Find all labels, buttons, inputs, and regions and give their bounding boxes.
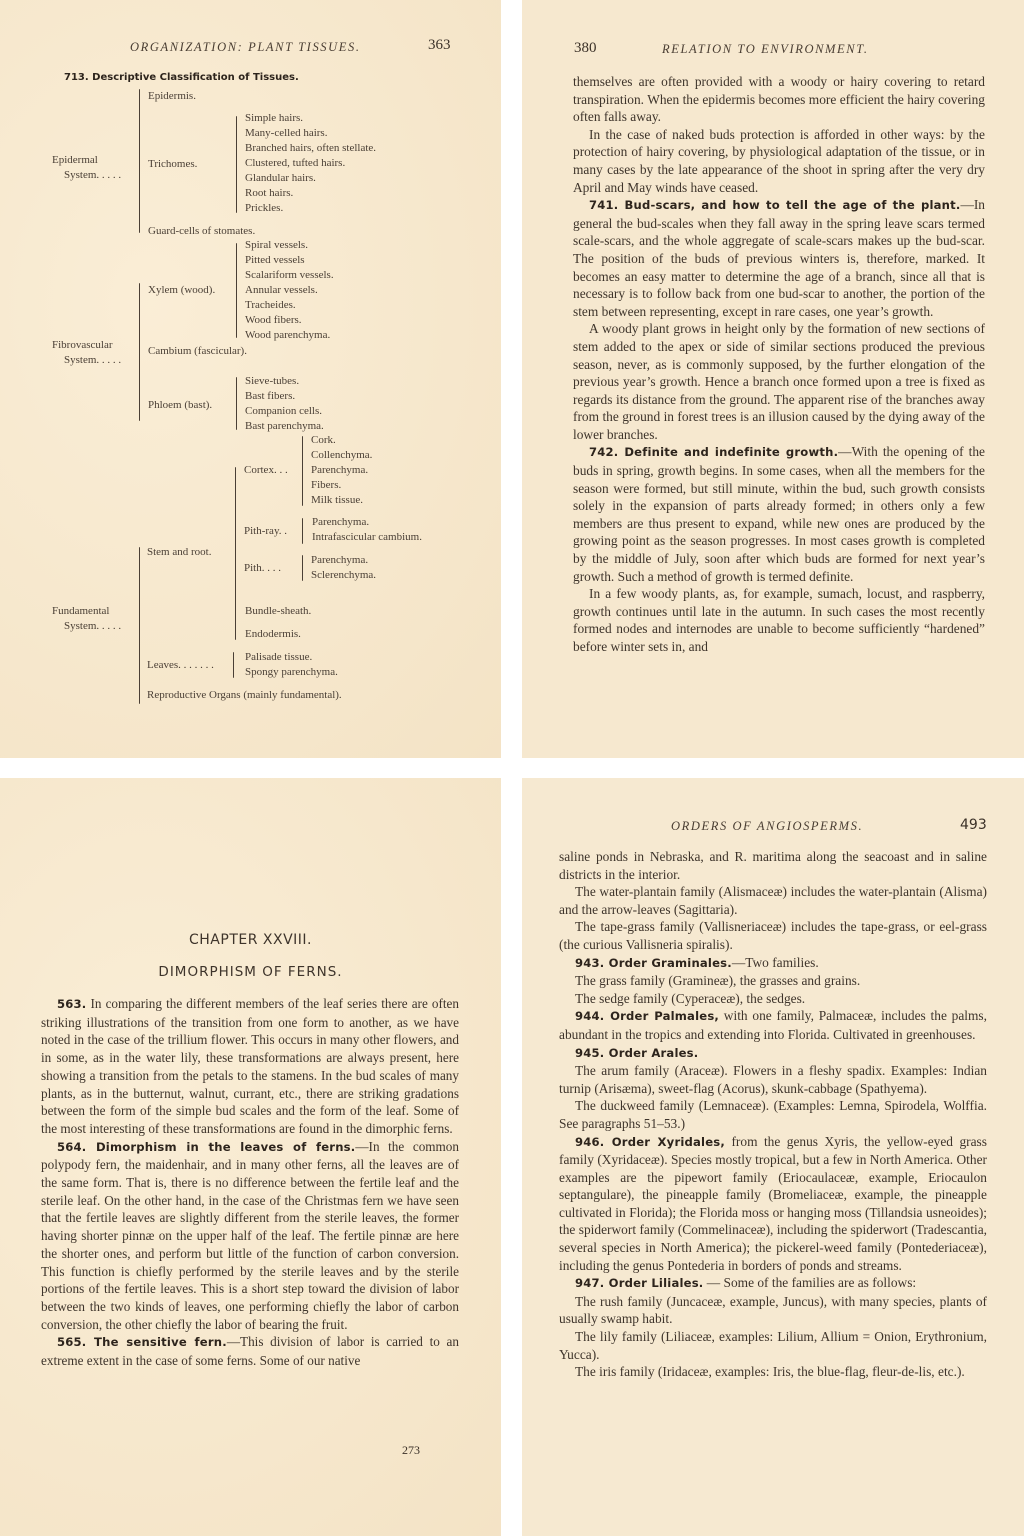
pith-brace (302, 555, 303, 581)
section-heading: 947. Order Liliales. (575, 1276, 703, 1290)
page-number: 493 (960, 817, 987, 833)
leaves-label: Leaves. . . . . . . (147, 658, 214, 673)
running-head: ORGANIZATION: PLANT TISSUES. (130, 40, 361, 55)
chapter-title: DIMORPHISM OF FERNS. (0, 964, 501, 980)
phloem-list: Sieve-tubes. Bast fibers. Companion cell… (245, 374, 324, 434)
trichomes-label: Trichomes. (148, 157, 197, 172)
cortex-list: Cork. Collenchyma. Parenchyma. Fibers. M… (311, 433, 372, 508)
page-body: themselves are often provided with a woo… (573, 73, 985, 656)
section-742: 742. Definite and indefinite growth.—Wit… (573, 443, 985, 585)
endodermis-item: Endodermis. (245, 627, 301, 642)
guard-cells-item: Guard-cells of stomates. (148, 224, 255, 239)
paragraph: The lily family (Liliaceæ, examples: Lil… (559, 1328, 987, 1363)
paragraph: The duckweed family (Lemnaceæ). (Example… (559, 1097, 987, 1132)
section-945: 945. Order Arales. (559, 1044, 987, 1063)
pith-list: Parenchyma. Sclerenchyma. (311, 553, 376, 583)
fundamental-label-2: System. . . . . (64, 619, 121, 634)
section-heading: 565. The sensitive fern. (57, 1335, 227, 1349)
section-heading: 945. Order Arales. (575, 1046, 698, 1060)
section-943: 943. Order Graminales.—Two families. (559, 954, 987, 973)
paragraph: The tape-grass family (Vallisneriaceæ) i… (559, 918, 987, 953)
bundle-sheath-item: Bundle-sheath. (245, 604, 311, 619)
pith-ray-list: Parenchyma. Intrafascicular cambium. (312, 515, 422, 545)
stem-root-label: Stem and root. (147, 545, 211, 560)
page-493: ORDERS OF ANGIOSPERMS. 493 saline ponds … (522, 778, 1024, 1536)
page-273: CHAPTER XXVIII. DIMORPHISM OF FERNS. 563… (0, 778, 501, 1536)
leaves-brace (233, 652, 234, 678)
cortex-brace (302, 436, 303, 506)
paragraph: A woody plant grows in height only by th… (573, 320, 985, 443)
xylem-list: Spiral vessels. Pitted vessels Scalarifo… (245, 238, 334, 343)
phloem-brace (236, 377, 237, 430)
pith-label: Pith. . . . (244, 561, 281, 576)
section-947: 947. Order Liliales. — Some of the famil… (559, 1274, 987, 1293)
section-heading: 741. Bud-scars, and how to tell the age … (589, 198, 960, 212)
pith-ray-brace (302, 518, 303, 544)
section-heading: 944. Order Palmales, (575, 1009, 719, 1023)
fibrovascular-label-2: System. . . . . (64, 353, 121, 368)
section-944: 944. Order Palmales, with one family, Pa… (559, 1007, 987, 1043)
page-380: 380 RELATION TO ENVIRONMENT. themselves … (522, 0, 1024, 758)
section-number: 563. (57, 997, 86, 1011)
trichomes-brace (236, 116, 237, 213)
fundamental-label: Fundamental (52, 604, 109, 619)
epidermal-label-2: System. . . . . (64, 168, 121, 183)
section-563: 563. In comparing the different members … (41, 995, 459, 1138)
epidermal-label: Epidermal (52, 153, 98, 168)
chapter-number: CHAPTER XXVIII. (0, 932, 501, 948)
phloem-label: Phloem (bast). (148, 398, 212, 413)
page-number: 363 (428, 37, 451, 54)
fibrovascular-brace (139, 283, 140, 421)
section-heading: 946. Order Xyridales, (575, 1135, 725, 1149)
paragraph: In the case of naked buds protection is … (573, 126, 985, 196)
leaves-list: Palisade tissue. Spongy parenchyma. (245, 650, 338, 680)
running-head: RELATION TO ENVIRONMENT. (662, 42, 869, 57)
xylem-brace (236, 243, 237, 338)
paragraph: The sedge family (Cyperaceæ), the sedges… (559, 990, 987, 1008)
section-565: 565. The sensitive fern.—This division o… (41, 1333, 459, 1369)
paragraph: The rush family (Juncaceæ, example, Junc… (559, 1293, 987, 1328)
running-head: ORDERS OF ANGIOSPERMS. (671, 819, 863, 834)
paragraph: The grass family (Gramineæ), the grasses… (559, 972, 987, 990)
xylem-label: Xylem (wood). (148, 283, 215, 298)
epidermis-item: Epidermis. (148, 89, 196, 104)
paragraph: The iris family (Iridaceæ, examples: Iri… (559, 1363, 987, 1381)
reproductive-item: Reproductive Organs (mainly fundamental)… (147, 688, 342, 703)
section-title: 713. Descriptive Classification of Tissu… (64, 72, 299, 83)
paragraph: saline ponds in Nebraska, and R. maritim… (559, 848, 987, 883)
page-number: 273 (402, 1443, 420, 1458)
cambium-item: Cambium (fascicular). (148, 344, 247, 359)
page-363: ORGANIZATION: PLANT TISSUES. 363 713. De… (0, 0, 501, 758)
page-body: 563. In comparing the different members … (41, 995, 459, 1370)
section-741: 741. Bud-scars, and how to tell the age … (573, 196, 985, 320)
page-number: 380 (574, 40, 597, 57)
section-heading: 564. Dimorphism in the leaves of ferns. (57, 1140, 355, 1154)
page-body: saline ponds in Nebraska, and R. maritim… (559, 848, 987, 1381)
fibrovascular-label: Fibrovascular (52, 338, 112, 353)
paragraph: The arum family (Araceæ). Flowers in a f… (559, 1062, 987, 1097)
paragraph: In a few woody plants, as, for example, … (573, 585, 985, 655)
section-946: 946. Order Xyridales, from the genus Xyr… (559, 1133, 987, 1275)
cortex-label: Cortex. . . (244, 463, 288, 478)
pith-ray-label: Pith-ray. . (244, 524, 287, 539)
paragraph: The water-plantain family (Alismaceæ) in… (559, 883, 987, 918)
trichomes-list: Simple hairs. Many-celled hairs. Branche… (245, 111, 376, 216)
section-heading: 742. Definite and indefinite growth. (589, 445, 838, 459)
section-heading: 943. Order Graminales. (575, 956, 732, 970)
paragraph: themselves are often provided with a woo… (573, 73, 985, 126)
fundamental-brace (139, 547, 140, 704)
section-564: 564. Dimorphism in the leaves of ferns.—… (41, 1138, 459, 1334)
stem-root-brace (235, 467, 236, 640)
epidermal-brace (139, 89, 140, 233)
